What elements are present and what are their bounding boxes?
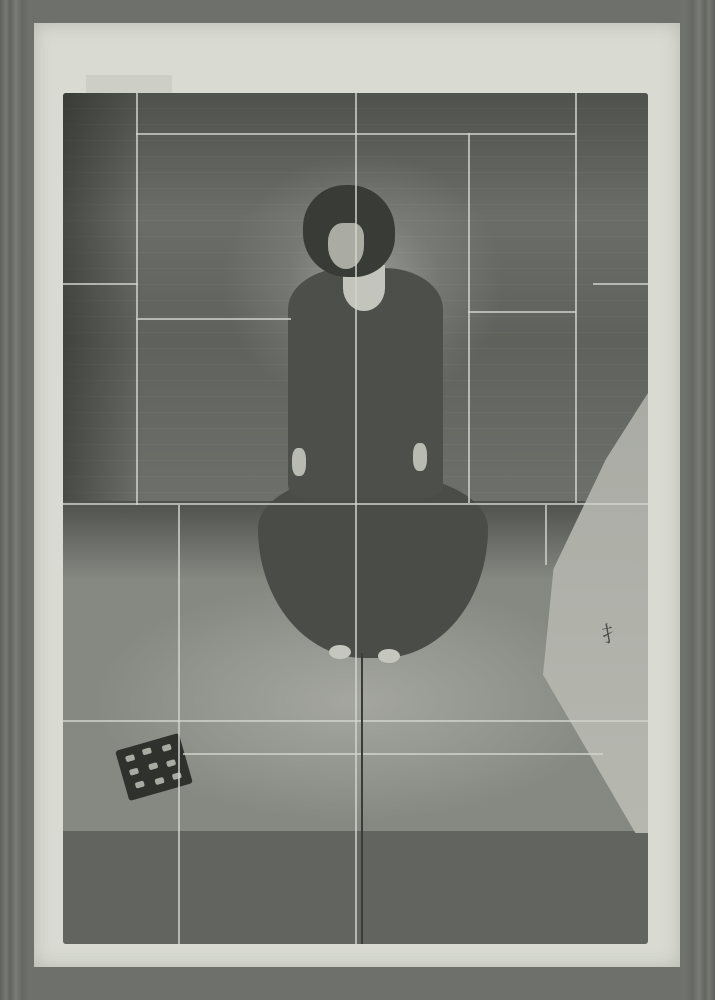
- grid-line: [355, 93, 357, 944]
- grid-line: [178, 505, 180, 944]
- figure-left-hand: [292, 448, 306, 476]
- grid-line: [575, 93, 577, 503]
- grid-line: [468, 133, 470, 503]
- figure-left-foot: [329, 645, 351, 659]
- figure-right-hand: [413, 443, 427, 471]
- grid-line: [63, 720, 648, 722]
- graffiti-mark: ⺘: [600, 621, 635, 660]
- print-seam: [361, 653, 363, 944]
- figure-right-foot: [378, 649, 400, 663]
- grid-line: [468, 311, 576, 313]
- grid-line: [136, 318, 291, 320]
- wall-shadow: [63, 93, 143, 505]
- grid-line: [136, 133, 576, 135]
- figure-face: [328, 223, 364, 269]
- grid-line: [593, 283, 648, 285]
- grid-line: [136, 93, 138, 505]
- grid-line: [183, 753, 603, 755]
- grid-line: [545, 505, 547, 565]
- photograph-print: ⺘: [63, 93, 648, 944]
- grid-line: [63, 283, 138, 285]
- grid-line: [63, 503, 648, 505]
